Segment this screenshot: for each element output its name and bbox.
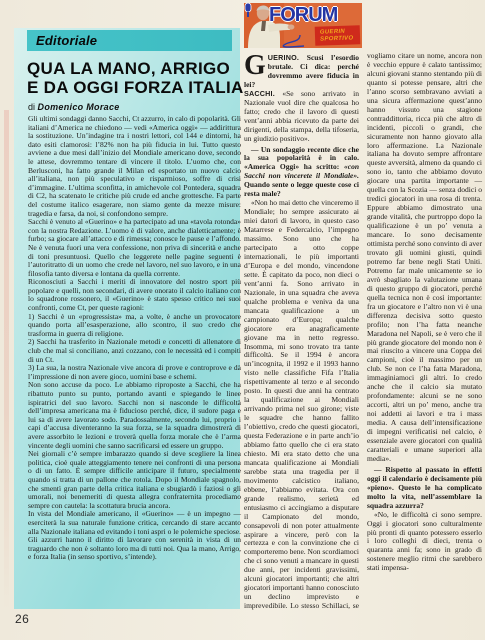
editorial-title-line2: E DA OGGI FORZA ITALIA	[27, 78, 244, 97]
editorial-paragraph: 3) La sua, la nostra Nazionale vive anco…	[28, 364, 241, 381]
question-text: — Un sondaggio recente dice che la sua p…	[244, 145, 359, 172]
question-text: Quando sente o legge queste cose ci rest…	[244, 180, 359, 198]
forum-logo: FORUM	[269, 4, 337, 27]
interview-question: GUERINO. Scusi l’esordio brutale. Ci dic…	[244, 54, 359, 90]
magazine-page: Editoriale QUA LA MANO, ARRIGO E DA OGGI…	[0, 0, 485, 640]
answer-text: «Se sono arrivato in Nazionale vuol dire…	[244, 89, 359, 143]
byline-prefix: di	[28, 102, 35, 112]
editorial-section-label: Editoriale	[27, 33, 97, 48]
scan-artifact	[4, 110, 9, 610]
editorial-title-line1: QUA LA MANO, ARRIGO	[27, 59, 244, 78]
editorial-paragraph: 1) Sacchi è un «progressista» ma, a volt…	[28, 313, 241, 339]
editorial-paragraph: 2) Sacchi ha trasferito in Nazionale met…	[28, 338, 241, 364]
editorial-title: QUA LA MANO, ARRIGO E DA OGGI FORZA ITAL…	[27, 59, 244, 97]
editorial-paragraph: Nei giornali c’è sempre imbarazzo quando…	[28, 450, 241, 510]
interview-answer: SACCHI. «Se sono arrivato in Nazionale v…	[244, 90, 359, 144]
editorial-panel: Editoriale QUA LA MANO, ARRIGO E DA OGGI…	[14, 28, 240, 609]
byline-author: Domenico Morace	[38, 102, 120, 112]
forum-subtitle-box: GUERIN SPORTIVO	[315, 25, 361, 46]
forum-subtitle-line2: SPORTIVO	[315, 35, 360, 43]
speaker-guerino: UERINO.	[268, 53, 299, 62]
forum-interview: GUERINO. Scusi l’esordio brutale. Ci dic…	[244, 52, 482, 618]
editorial-byline: di Domenico Morace	[28, 102, 120, 112]
speaker-sacchi: SACCHI.	[244, 89, 275, 98]
interview-question: — Un sondaggio recente dice che la sua p…	[244, 146, 359, 200]
page-number: 26	[15, 612, 29, 626]
interview-answer: «No, le difficoltà ci sono sempre. Oggi …	[367, 511, 482, 574]
microphone-icon	[244, 3, 252, 18]
editorial-body: Gli ultimi sondaggi danno Sacchi, Ct azz…	[28, 115, 241, 562]
interview-question: — Rispetto al passato in effetti oggi il…	[367, 466, 482, 511]
editorial-section-band: Editoriale	[27, 30, 232, 51]
editorial-paragraph: Non sono accuse da poco. Le abbiamo ripr…	[28, 381, 241, 450]
editorial-paragraph: In vista del Mondiale americano, il «Gue…	[28, 510, 241, 562]
forum-banner: FORUM GUERIN SPORTIVO	[244, 3, 362, 48]
editorial-paragraph: Sacchi è venuto al «Guerino» e ha partec…	[28, 218, 241, 278]
editorial-paragraph: Gli ultimi sondaggi danno Sacchi, Ct azz…	[28, 115, 241, 218]
drop-cap: G	[244, 54, 268, 78]
editorial-paragraph: Riconosciuti a Sacchi i meriti di innova…	[28, 278, 241, 312]
